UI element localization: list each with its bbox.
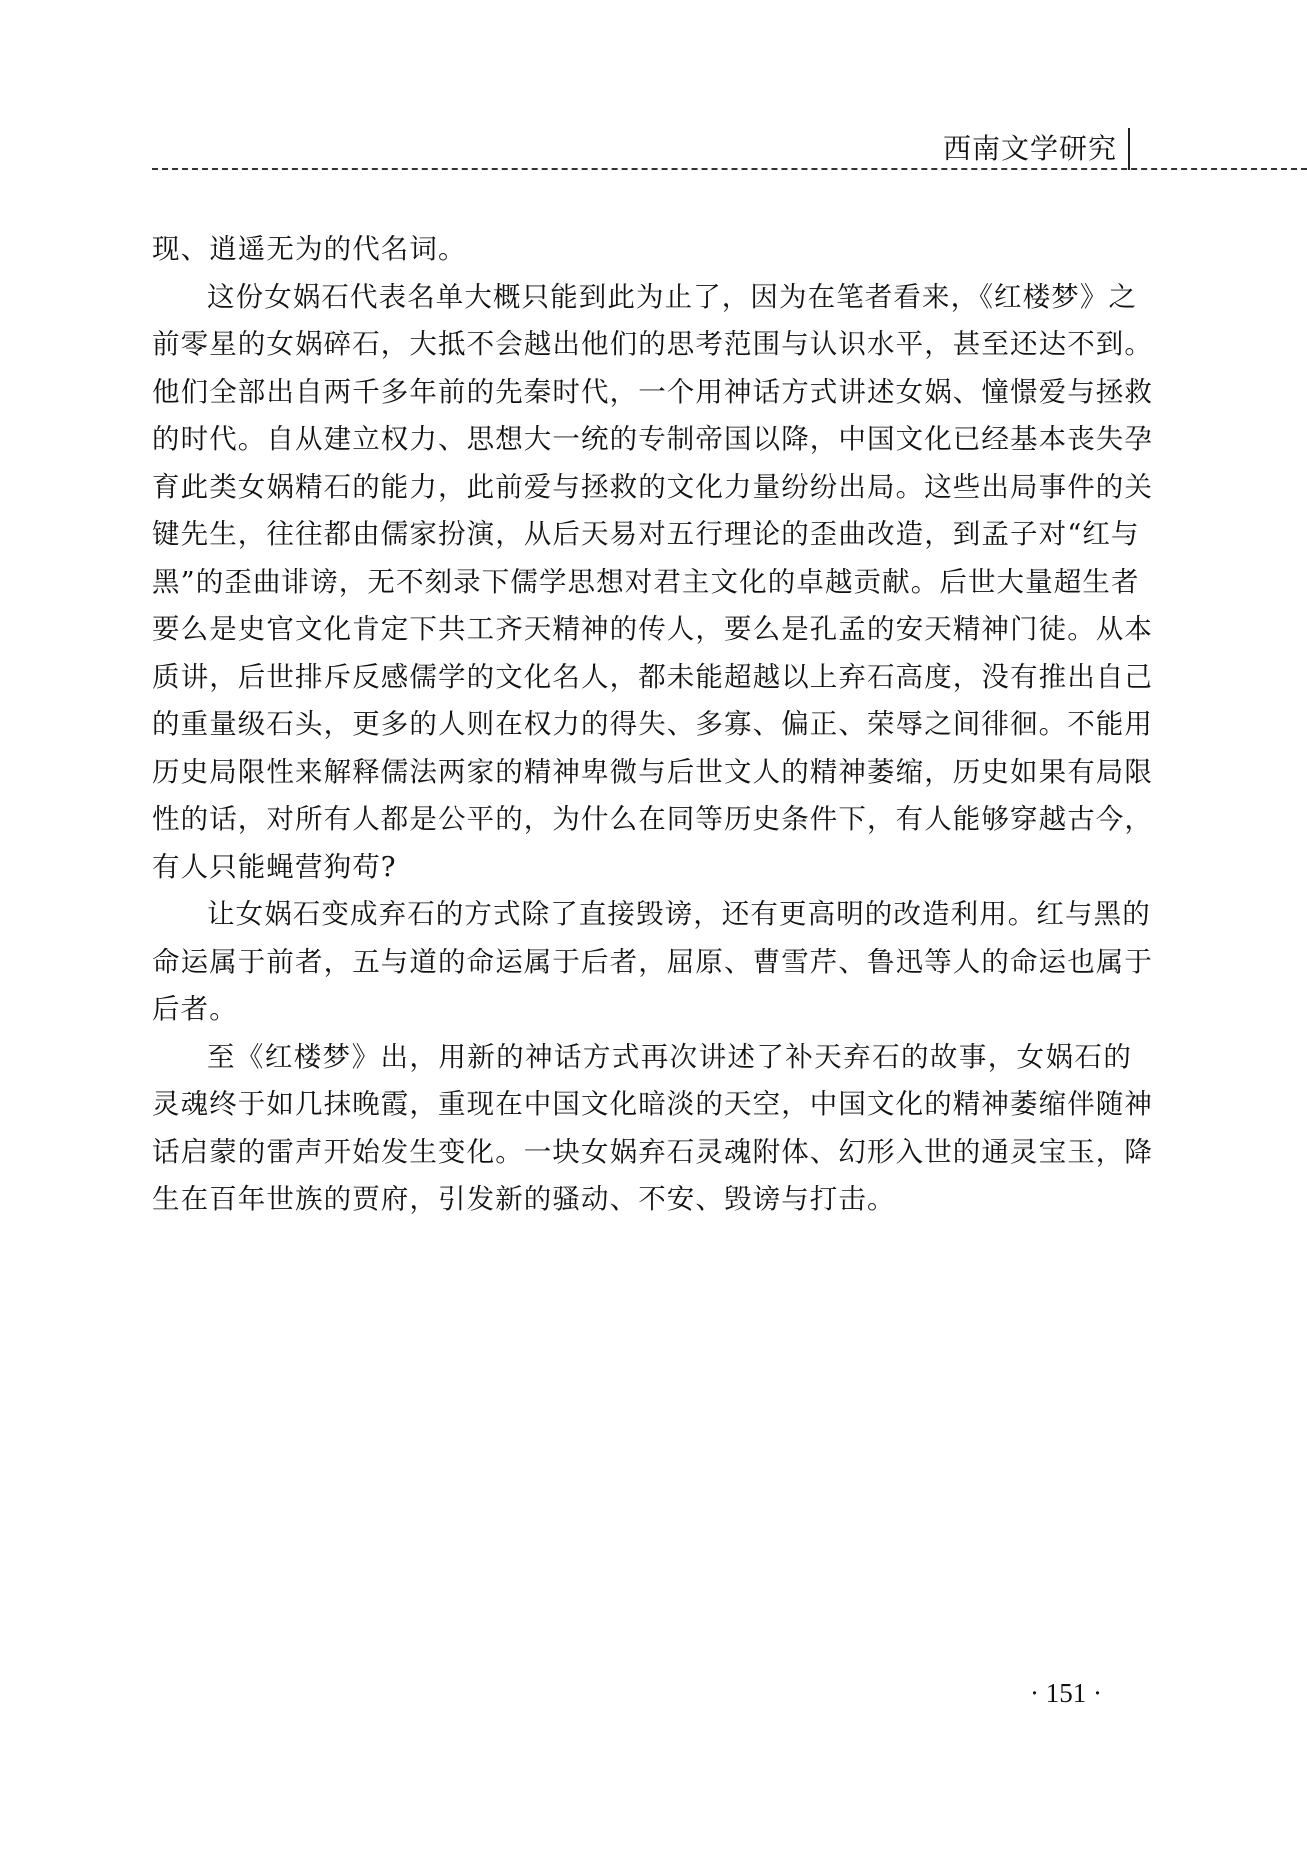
- text-line: 让女娲石变成弃石的方式除了直接毁谤，还有更高明的改造利用。红与黑的: [152, 891, 1132, 939]
- text-line: 灵魂终于如几抹晚霞，重现在中国文化暗淡的天空，中国文化的精神萎缩伴随神: [152, 1081, 1132, 1129]
- text-line: 后者。: [152, 986, 1132, 1034]
- text-line: 生在百年世族的贾府，引发新的骚动、不安、毁谤与打击。: [152, 1176, 1132, 1224]
- text-line: 命运属于前者，五与道的命运属于后者，屈原、曹雪芹、鲁迅等人的命运也属于: [152, 939, 1132, 987]
- header-dashed-rule: [152, 168, 1307, 170]
- text-line: 的重量级石头，更多的人则在权力的得失、多寡、偏正、荣辱之间徘徊。不能用: [152, 701, 1132, 749]
- text-line: 话启蒙的雷声开始发生变化。一块女娲弃石灵魂附体、幻形入世的通灵宝玉，降: [152, 1129, 1132, 1177]
- paragraph: 让女娲石变成弃石的方式除了直接毁谤，还有更高明的改造利用。红与黑的 命运属于前者…: [152, 891, 1132, 1034]
- text-line: 育此类女娲精石的能力，此前爱与拯救的文化力量纷纷出局。这些出局事件的关: [152, 464, 1132, 512]
- paragraph: 现、逍遥无为的代名词。: [152, 226, 1132, 274]
- text-line: 质讲，后世排斥反感儒学的文化名人，都未能超越以上弃石高度，没有推出自己: [152, 654, 1132, 702]
- body-text: 现、逍遥无为的代名词。 这份女娲石代表名单大概只能到此为止了，因为在笔者看来，《…: [152, 226, 1132, 1224]
- text-line: 历史局限性来解释儒法两家的精神卑微与后世文人的精神萎缩，历史如果有局限: [152, 749, 1132, 797]
- journal-title: 西南文学研究: [943, 132, 1117, 166]
- text-line: 有人只能蝇营狗苟?: [152, 844, 1132, 892]
- header-vertical-rule: [1128, 128, 1130, 170]
- page-number: · 151 ·: [1030, 1676, 1102, 1710]
- paragraph: 至《红楼梦》出，用新的神话方式再次讲述了补天弃石的故事，女娲石的 灵魂终于如几抹…: [152, 1034, 1132, 1224]
- text-line: 键先生，往往都由儒家扮演，从后天易对五行理论的歪曲改造，到孟子对“红与: [152, 511, 1132, 559]
- text-line: 的时代。自从建立权力、思想大一统的专制帝国以降，中国文化已经基本丧失孕: [152, 416, 1132, 464]
- text-line: 要么是史官文化肯定下共工齐天精神的传人，要么是孔孟的安天精神门徒。从本: [152, 606, 1132, 654]
- text-line: 前零星的女娲碎石，大抵不会越出他们的思考范围与认识水平，甚至还达不到。: [152, 321, 1132, 369]
- page-header: 西南文学研究: [0, 0, 1307, 175]
- text-line: 这份女娲石代表名单大概只能到此为止了，因为在笔者看来，《红楼梦》之: [152, 274, 1132, 322]
- text-line: 现、逍遥无为的代名词。: [152, 226, 1132, 274]
- text-line: 他们全部出自两千多年前的先秦时代，一个用神话方式讲述女娲、憧憬爱与拯救: [152, 369, 1132, 417]
- text-line: 至《红楼梦》出，用新的神话方式再次讲述了补天弃石的故事，女娲石的: [152, 1034, 1132, 1082]
- paragraph: 这份女娲石代表名单大概只能到此为止了，因为在笔者看来，《红楼梦》之 前零星的女娲…: [152, 274, 1132, 892]
- text-line: 性的话，对所有人都是公平的，为什么在同等历史条件下，有人能够穿越古今，: [152, 796, 1132, 844]
- text-line: 黑”的歪曲诽谤，无不刻录下儒学思想对君主文化的卓越贡献。后世大量超生者: [152, 559, 1132, 607]
